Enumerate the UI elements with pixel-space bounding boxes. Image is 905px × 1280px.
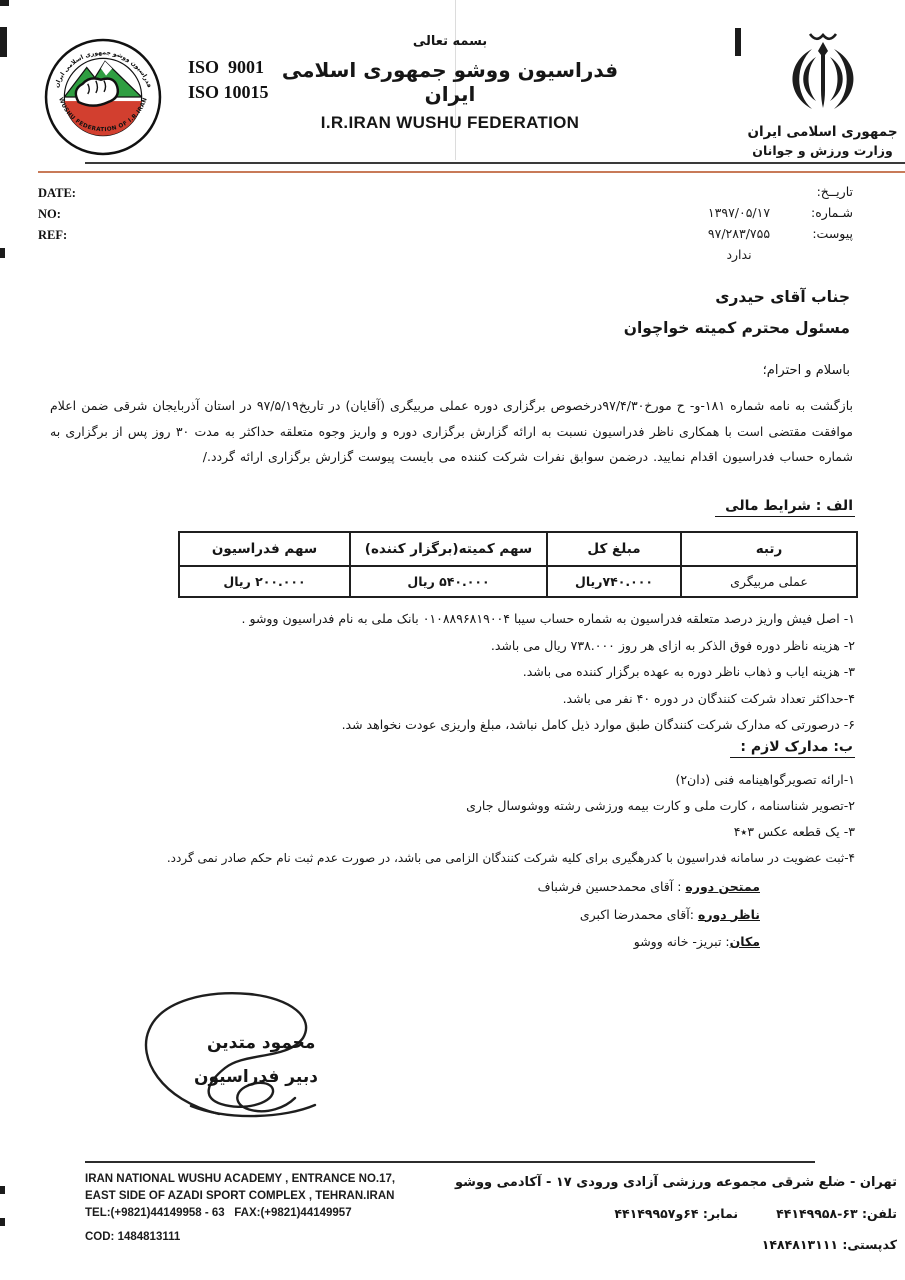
header-divider-orange — [38, 171, 905, 173]
location-value: : تبریز- خانه ووشو — [634, 934, 730, 949]
footer-fa-postal-code: کدپستی: ۱۴۸۴۸۱۳۱۱۱ — [455, 1229, 897, 1260]
observer-name: :آقای محمدرضا اکبری — [580, 907, 698, 922]
reference-block-fa: تاریــخ: ۱۳۹۷/۰۵/۱۷ شـماره: ۹۷/۲۸۳/۷۵۵ پ… — [689, 184, 853, 268]
required-documents-list: ۱-ارائه تصویرگواهینامه فنی (دان۲) ۲-تصوی… — [167, 767, 855, 871]
footer-en-line1: IRAN NATIONAL WUSHU ACADEMY , ENTRANCE N… — [85, 1173, 395, 1185]
attachment-label-fa: پیوست: — [797, 226, 853, 241]
list-item: ۲-تصویر شناسنامه ، کارت ملی و کارت بیمه … — [167, 793, 855, 819]
location-label: مکان — [730, 934, 760, 949]
footer-en-tel-fax: TEL:(+9821)44149958 - 63 FAX:(+9821)4414… — [85, 1207, 352, 1219]
reference-labels-en: DATE:NO:REF: — [38, 183, 76, 246]
table-data-row: عملی مربیگری ۷۴۰.۰۰۰ریال ۵۴۰.۰۰۰ ریال ۲۰… — [179, 566, 857, 597]
footer-divider — [85, 1161, 815, 1163]
list-item: ۲- هزینه ناظر دوره فوق الذکر به ازای هر … — [242, 633, 855, 660]
section-b-heading: ب: مدارک لازم : — [730, 739, 855, 758]
cell-total-amount: ۷۴۰.۰۰۰ریال — [547, 566, 681, 597]
examiner-label: ممتحن دوره — [685, 879, 760, 894]
bismillah-text: بسمه تعالی — [255, 34, 645, 49]
col-rank: رتبه — [681, 532, 857, 566]
letter-page: فدراسیون ووشو جمهوری اسلامی ایران WUSHU … — [0, 0, 905, 1280]
date-label-fa: تاریــخ: — [797, 184, 853, 199]
addressee-name: جناب آقای حیدری — [624, 288, 850, 306]
footer-fa-address: تهران - ضلع شرقی مجموعه ورزشی آزادی ورود… — [455, 1167, 897, 1198]
signer-title: دبیر فدراسیون — [194, 1067, 318, 1087]
footer-address-fa: تهران - ضلع شرقی مجموعه ورزشی آزادی ورود… — [455, 1167, 897, 1260]
list-item: ۳- یک قطعه عکس ۳٭۴ — [167, 819, 855, 845]
letter-body-paragraph: بازگشت به نامه شماره ۱۸۱-و- ح مورخ۹۷/۴/۳… — [50, 393, 853, 470]
signer-name: محمود متدین — [207, 1033, 315, 1053]
list-item: ۴-حداکثر تعداد شرکت کنندگان در دوره ۴۰ ن… — [242, 686, 855, 713]
number-label-fa: شـماره: — [797, 205, 853, 220]
iran-emblem-block: جمهوری اسلامی ایران وزارت ورزش و جوانان — [740, 24, 905, 158]
observer-row: ناظر دوره :آقای محمدرضا اکبری — [538, 901, 760, 929]
list-item: ۶- درصورتی که مدارک شرکت کنندگان طبق موا… — [242, 712, 855, 739]
financial-conditions-list: ۱- اصل فیش واریز درصد متعلقه فدراسیون به… — [242, 606, 855, 739]
ref-row-attachment: ۹۷/۲۸۳/۷۵۵ پیوست: — [689, 226, 853, 247]
handwritten-signature — [133, 986, 338, 1126]
wushu-federation-seal-logo: فدراسیون ووشو جمهوری اسلامی ایران WUSHU … — [44, 38, 162, 156]
col-committee-share: سهم کمیته(برگزار کننده) — [350, 532, 547, 566]
ref-row-number: ۱۳۹۷/۰۵/۱۷ شـماره: — [689, 205, 853, 226]
scan-artifact — [0, 1186, 5, 1194]
list-item: ۳- هزینه ایاب و ذهاب ناظر دوره به عهده ب… — [242, 659, 855, 686]
footer-address-en: IRAN NATIONAL WUSHU ACADEMY , ENTRANCE N… — [85, 1171, 395, 1246]
scan-artifact — [0, 27, 7, 57]
financial-terms-table: رتبه مبلغ کل سهم کمیته(برگزار کننده) سهم… — [178, 531, 858, 598]
examiner-row: ممتحن دوره : آقای محمدحسین فرشباف — [538, 873, 760, 901]
salutation: باسلام و احترام؛ — [763, 363, 850, 378]
footer-fa-tel-fax: تلفن: ۶۳-۴۴۱۴۹۹۵۸نمابر: ۶۴و۴۴۱۴۹۹۵۷ — [455, 1198, 897, 1229]
iso-9001-label: ISO 9001 — [188, 57, 264, 77]
no-label-en: NO: — [38, 207, 61, 221]
section-a-heading: الف : شرایط مالی — [715, 498, 855, 517]
footer-fa-fax: نمابر: ۶۴و۴۴۱۴۹۹۵۷ — [614, 1206, 738, 1221]
footer-en-line2: EAST SIDE OF AZADI SPORT COMPLEX , TEHRA… — [85, 1190, 394, 1202]
letterhead-center: بسمه تعالی فدراسیون ووشو جمهوری اسلامی ا… — [255, 34, 645, 133]
addressee-title: مسئول محترم کمیته خواچوان — [624, 319, 850, 337]
scan-artifact — [0, 0, 9, 6]
scan-artifact — [0, 1218, 5, 1226]
ref-row-attachment-value: ندارد — [689, 247, 853, 268]
location-row: مکان: تبریز- خانه ووشو — [538, 928, 760, 956]
course-officials-block: ممتحن دوره : آقای محمدحسین فرشباف ناظر د… — [538, 873, 760, 956]
footer-fa-tel: تلفن: ۶۳-۴۴۱۴۹۹۵۸ — [776, 1206, 897, 1221]
federation-name-fa: فدراسیون ووشو جمهوری اسلامی ایران — [255, 58, 645, 106]
col-total-amount: مبلغ کل — [547, 532, 681, 566]
footer-en-postal-code: COD: 1484813111 — [85, 1229, 395, 1246]
addressee-block: جناب آقای حیدری مسئول محترم کمیته خواچوا… — [624, 288, 850, 350]
scan-artifact — [0, 248, 5, 258]
emblem-caption-country: جمهوری اسلامی ایران — [740, 124, 905, 140]
list-item: ۱- اصل فیش واریز درصد متعلقه فدراسیون به… — [242, 606, 855, 633]
iran-national-emblem-icon — [781, 24, 865, 116]
attachment-value: ندارد — [689, 247, 789, 262]
federation-name-en: I.R.IRAN WUSHU FEDERATION — [255, 113, 645, 133]
examiner-name: : آقای محمدحسین فرشباف — [538, 879, 686, 894]
cell-federation-share: ۲۰۰.۰۰۰ ریال — [179, 566, 350, 597]
emblem-caption-ministry: وزارت ورزش و جوانان — [740, 143, 905, 158]
col-federation-share: سهم فدراسیون — [179, 532, 350, 566]
ref-row-date: تاریــخ: — [689, 184, 853, 205]
list-item: ۱-ارائه تصویرگواهینامه فنی (دان۲) — [167, 767, 855, 793]
ref-label-en: REF: — [38, 228, 67, 242]
cell-rank: عملی مربیگری — [681, 566, 857, 597]
cell-committee-share: ۵۴۰.۰۰۰ ریال — [350, 566, 547, 597]
table-header-row: رتبه مبلغ کل سهم کمیته(برگزار کننده) سهم… — [179, 532, 857, 566]
observer-label: ناظر دوره — [698, 907, 760, 922]
list-item: ۴-ثبت عضویت در سامانه فدراسیون با کدرهگی… — [167, 845, 855, 871]
letter-date-value: ۱۳۹۷/۰۵/۱۷ — [689, 205, 789, 220]
date-label-en: DATE: — [38, 186, 76, 200]
letter-number-value: ۹۷/۲۸۳/۷۵۵ — [689, 226, 789, 241]
header-divider-black — [85, 162, 905, 164]
